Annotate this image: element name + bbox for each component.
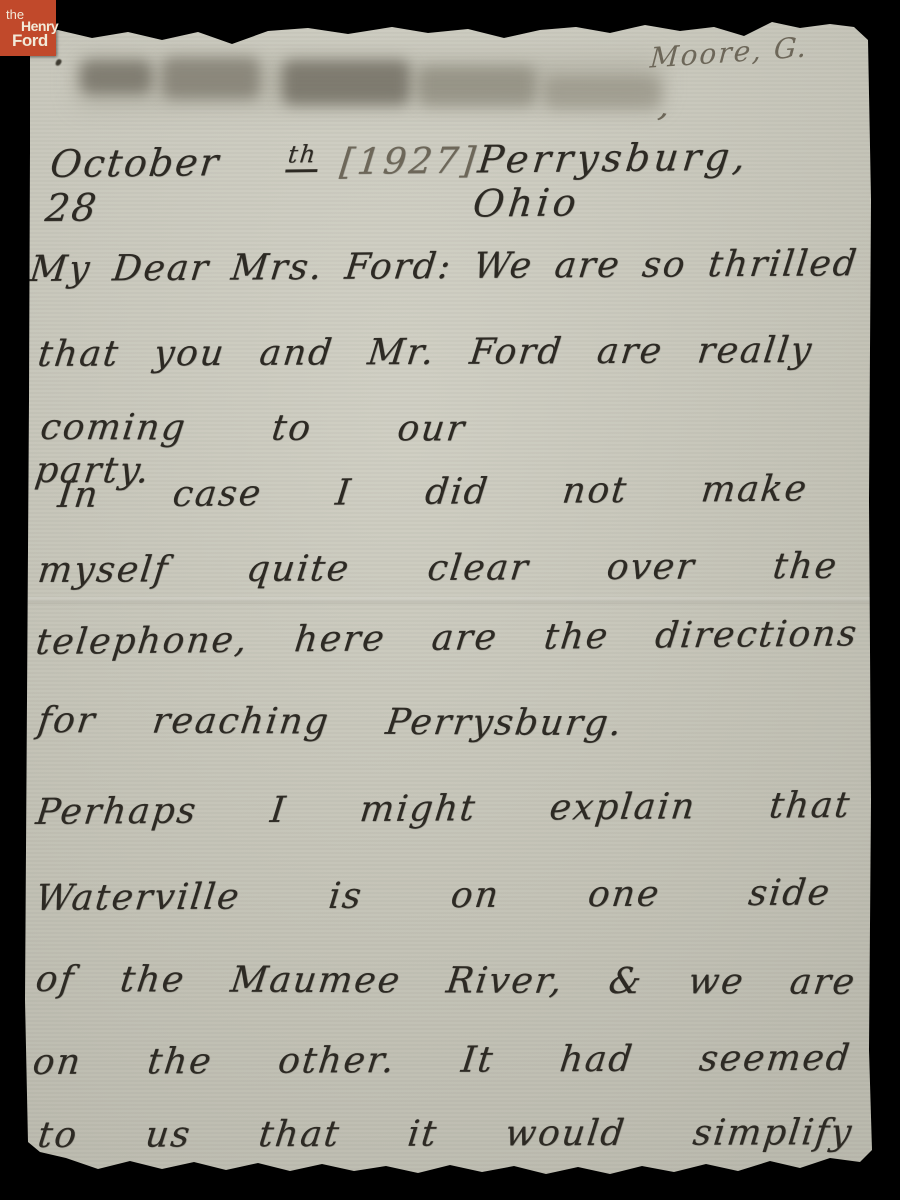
date-year-annotation: [1927] [338,140,480,182]
catalog-note: Moore, G. [649,30,809,74]
handwritten-line: myself quite clear over the [35,545,840,592]
redacted-letterhead-blob [162,57,260,99]
redacted-letterhead-blob [80,60,152,94]
handwritten-line: to us that it would simplify [35,1111,855,1157]
logo-text-ford: Ford [12,32,48,49]
handwritten-line: on the other. It had seemed [30,1037,853,1084]
date-place: Perrysburg, Ohio [471,133,871,225]
handwritten-line: Perhaps I might explain that [34,784,854,834]
henry-ford-logo: the Henry Ford [0,0,56,56]
handwritten-line: of the Maumee River, & we are [33,958,858,1004]
scan-stage: Moore, G. , October 28th [1927] Perrysbu… [0,0,900,1200]
handwritten-line: telephone, here are the directions [34,612,861,664]
handwritten-line: Waterville is on one side [33,871,833,920]
letter-paper: Moore, G. , October 28th [1927] Perrysbu… [0,0,900,1200]
date-line: October 28th [1927] Perrysburg, Ohio [43,133,871,230]
redacted-letterhead-blob [282,60,410,105]
redacted-letterhead-blob [544,76,662,109]
handwritten-line: that you and Mr. Ford are really [35,329,815,376]
fold-crease [28,597,870,604]
redacted-letterhead-blob [418,66,536,106]
handwritten-line: In case I did not make [56,467,811,517]
ink-speck [55,58,63,67]
date-month-day: October 28 [43,139,287,230]
date-ordinal: th [285,140,321,172]
handwritten-line: My Dear Mrs. Ford: We are so thrilled [27,242,860,291]
handwritten-line: for reaching Perrysburg. [35,699,626,745]
